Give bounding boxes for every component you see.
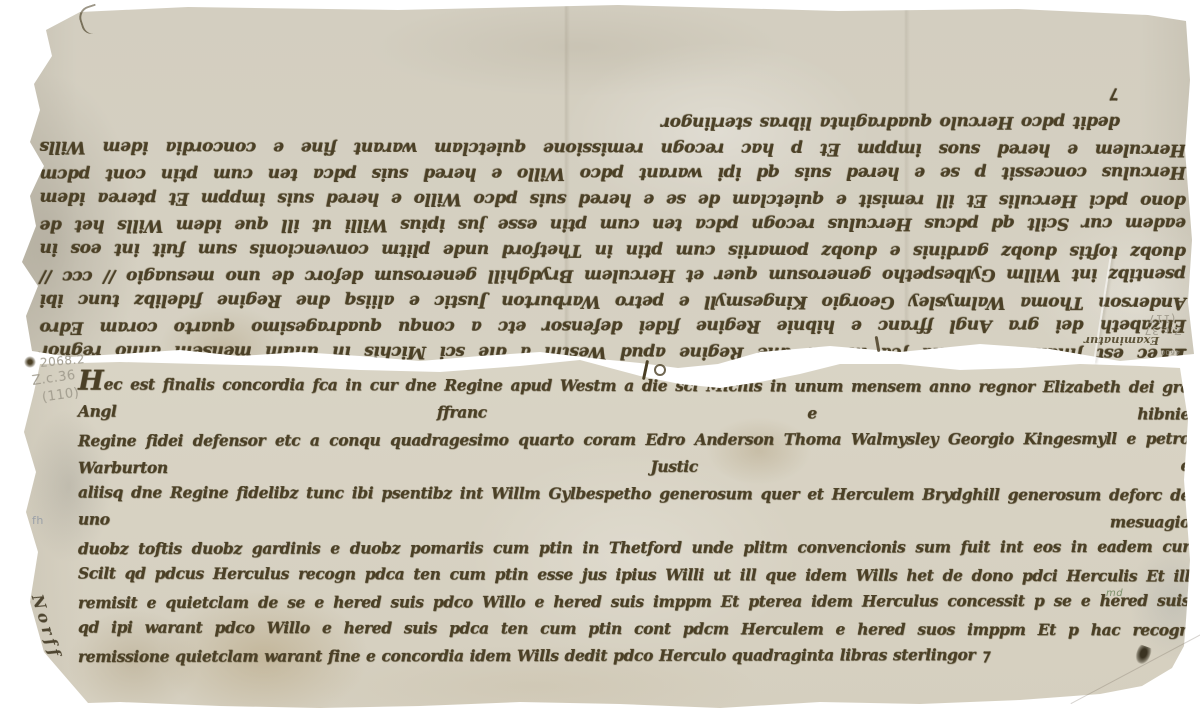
manuscript-line: remisit e quietclam de se e hered suis p… (78, 587, 1190, 616)
top-text-block: Hec est finalis concordia fca in cur dne… (40, 84, 1186, 368)
manuscript-line: Hec est finalis concordia fca in cur dne… (40, 337, 1186, 368)
manuscript-line: qd ipi warant pdco Willo e hered suis pd… (78, 614, 1190, 644)
faint-mark: fh (32, 514, 44, 527)
manuscript-line: psentibz int Willm Gylbespetho generosum… (40, 261, 1186, 289)
manuscript-line: duobz toftis duobz gardinis e duobz poma… (78, 533, 1190, 562)
manuscript-line: Herculus concessit p se e hered suis qd … (40, 159, 1186, 187)
parchment-photograph: Hec est finalis concordia fca in cur dne… (0, 0, 1200, 715)
parchment-bottom-piece: Hec est finalis concordia fca in cur dne… (14, 356, 1194, 712)
manuscript-line: duobz toftis duobz gardinis e duobz poma… (40, 235, 1186, 264)
manuscript-line: Anderson Thoma Walmysley Georgio Kingesm… (40, 286, 1186, 315)
manuscript-line: Regine fidei defensor etc a conqu quadra… (78, 425, 1190, 481)
manuscript-line: aliisq dne Regine fidelibz tunc ibi psen… (78, 479, 1190, 536)
edge-ink-mark (24, 356, 36, 368)
manuscript-line: Elizabeth dei gra Angl ffranc e hibnie R… (40, 312, 1186, 340)
manuscript-line: Scilt qd pdcus Herculus recogn pdca ten … (78, 560, 1190, 590)
manuscript-line: eadem cur Scilt qd pdcus Herculus recogn… (40, 210, 1186, 238)
manuscript-line: remissione quietclam warant fine e conco… (78, 641, 1045, 670)
small-pencil-numeral: 4600 (1160, 348, 1180, 356)
manuscript-line: dono pdci Herculis Et ill remisit e quie… (40, 184, 1186, 213)
faint-mark: md (1106, 588, 1123, 599)
cut-letter-fragment (654, 364, 666, 376)
parchment-top-piece: Hec est finalis concordia fca in cur dne… (18, 2, 1198, 368)
bottom-text-block: Hec est finalis concordia fca in cur dne… (78, 372, 1190, 669)
manuscript-line: dedit pdco Herculo quadraginta libras st… (662, 84, 1120, 136)
manuscript-line: Hec est finalis concordia fca in cur dne… (78, 371, 1190, 428)
examinatur-note: Examinatur (1084, 334, 1159, 348)
manuscript-line: Herculem e hered suos imppm Et p hac rec… (40, 133, 1186, 162)
